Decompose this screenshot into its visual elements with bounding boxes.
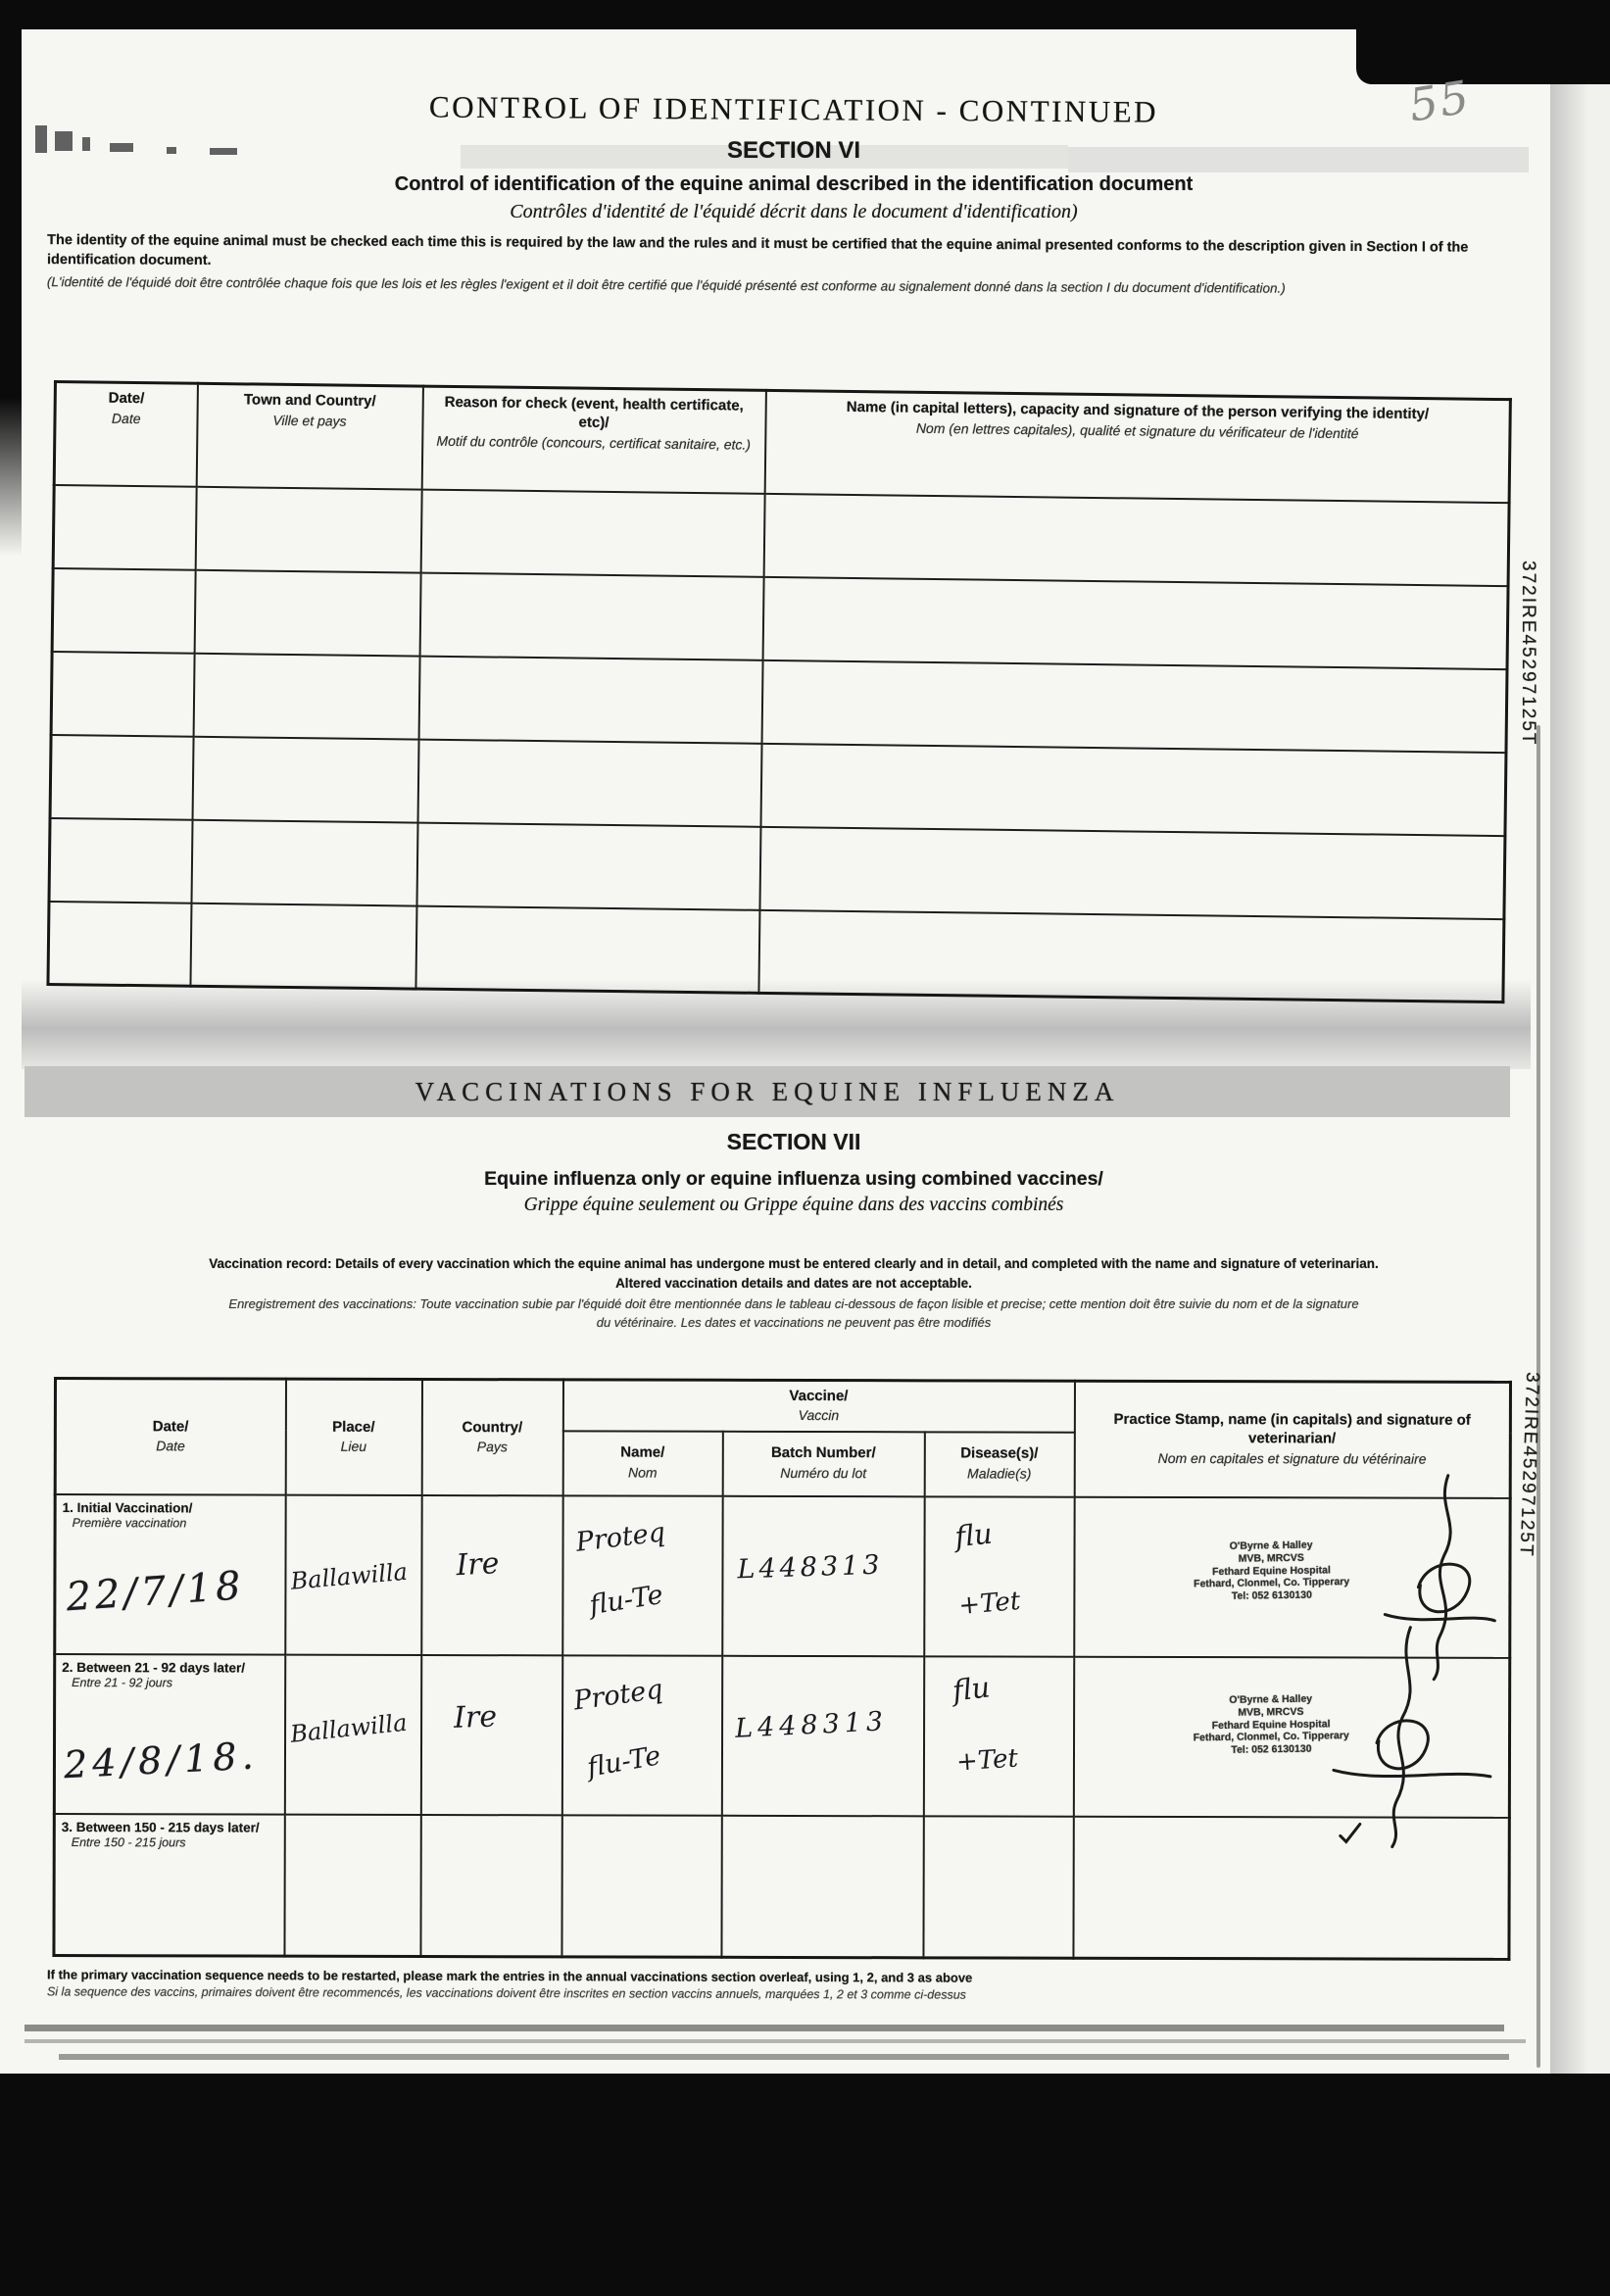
row3-label-cell: 3. Between 150 - 215 days later/ Entre 1… [54, 1814, 284, 1957]
vaccination-row-1: 1. Initial Vaccination/ Première vaccina… [55, 1494, 1510, 1658]
vaccination-header-row-1: Date/ Date Place/ Lieu Country/ Pays Vac… [55, 1379, 1510, 1434]
note-fr-line2: du vétérinaire. Les dates et vaccination… [39, 1313, 1548, 1333]
scan-bottom-black-band [0, 2074, 1610, 2296]
row1-vaccine-name-cell: Proteq flu-Te [562, 1495, 722, 1655]
identification-table-header-row: Date/ Date Town and Country/ Ville et pa… [54, 382, 1510, 503]
scan-noise-mark [82, 137, 90, 151]
col-header-town-country: Town and Country/ Ville et pays [196, 383, 422, 489]
row2-stamp-cell: O'Byrne & Halley MVB, MRCVS Fethard Equi… [1073, 1656, 1509, 1817]
vaccination-table: Date/ Date Place/ Lieu Country/ Pays Vac… [52, 1377, 1509, 1961]
scan-streak [59, 2054, 1509, 2060]
empty-cell [50, 734, 193, 819]
footnote-en: If the primary vaccination sequence need… [47, 1967, 1517, 1986]
col-header-verifier-name: Name (in capital letters), capacity and … [764, 390, 1510, 502]
section-vi-label: SECTION VI [167, 137, 1421, 165]
empty-check-row [48, 901, 1504, 1001]
empty-cell [418, 656, 762, 743]
row2-vaccine-name-cell: Proteq flu-Te [561, 1655, 721, 1815]
row3-place-cell [284, 1814, 420, 1956]
vaccination-record-note: Vaccination record: Details of every vac… [39, 1254, 1548, 1333]
empty-cell [48, 901, 191, 986]
handwritten-disease-1b: +Tet [957, 1588, 1021, 1618]
col-header-batch-number: Batch Number/ Numéro du lot [722, 1431, 924, 1496]
handwritten-vaccine-2a: Proteq [571, 1676, 663, 1714]
col-header-date: Date/ Date [54, 382, 197, 487]
scan-streak [24, 2025, 1504, 2031]
restart-sequence-footnote: If the primary vaccination sequence need… [47, 1967, 1517, 2003]
empty-cell [419, 572, 763, 659]
handwritten-batch-1: L448313 [737, 1551, 884, 1583]
note-en-line2: Altered vaccination details and dates ar… [39, 1274, 1548, 1294]
row1-batch-cell: L448313 [722, 1495, 924, 1656]
section-vi-heading-en: Control of identification of the equine … [98, 173, 1489, 196]
empty-cell [193, 653, 419, 739]
empty-cell [192, 736, 418, 822]
empty-cell [195, 486, 421, 572]
row1-country-cell: Ire [421, 1494, 562, 1654]
scan-noise-mark [110, 143, 133, 152]
row2-place-cell: Ballawilla [284, 1654, 420, 1814]
signature-tail-mark [1337, 1822, 1362, 1845]
identification-checks-table: Date/ Date Town and Country/ Ville et pa… [46, 380, 1508, 1003]
handwritten-date-1: 22/7/18 [65, 1566, 245, 1617]
section-vi-heading-fr: Contrôles d'identité de l'équidé décrit … [98, 201, 1489, 223]
passport-code-vertical-upper: 372IRE45297125T [1517, 561, 1538, 796]
empty-cell [762, 576, 1508, 668]
empty-cell [52, 568, 195, 654]
empty-cell [53, 485, 196, 570]
empty-cell [763, 493, 1509, 585]
footnote-fr: Si la sequence des vaccins, primaires do… [47, 1984, 1517, 2003]
col-header-reason: Reason for check (event, health certific… [421, 386, 765, 493]
handwritten-place-1: Ballawilla [289, 1559, 408, 1592]
note-fr-line1: Enregistrement des vaccinations: Toute v… [39, 1295, 1548, 1314]
empty-cell [190, 903, 416, 989]
row2-disease-cell: flu +Tet [923, 1656, 1073, 1816]
empty-cell [760, 743, 1506, 835]
handwritten-disease-1a: flu [953, 1519, 994, 1551]
col-header-date: Date/ Date [55, 1379, 285, 1495]
empty-cell [759, 826, 1505, 918]
scan-noise-mark [55, 131, 73, 151]
row1-label-and-date-cell: 1. Initial Vaccination/ Première vaccina… [55, 1494, 285, 1655]
handwritten-batch-2: L448313 [734, 1708, 888, 1742]
section-vi-intro-en: The identity of the equine animal must b… [47, 231, 1517, 277]
scan-left-black-strip [0, 27, 22, 557]
empty-cell [194, 569, 420, 656]
scan-noise-mark [35, 125, 47, 153]
vaccination-row-2: 2. Between 21 - 92 days later/ Entre 21 … [54, 1654, 1509, 1818]
scan-top-right-black-corner [1356, 0, 1610, 84]
row2-batch-cell: L448313 [721, 1655, 923, 1816]
row1-disease-cell: flu +Tet [924, 1496, 1074, 1656]
handwritten-country-2: Ire [453, 1702, 497, 1733]
page-curl-gutter [1550, 84, 1610, 2076]
row1-place-cell: Ballawilla [285, 1494, 421, 1654]
row2-country-cell: Ire [420, 1654, 561, 1814]
empty-cell [51, 651, 194, 736]
handwritten-country-1: Ire [455, 1549, 499, 1581]
row3-stamp-cell [1073, 1816, 1509, 1959]
page-title: CONTROL OF IDENTIFICATION - CONTINUED [167, 88, 1421, 132]
col-header-diseases: Disease(s)/ Maladie(s) [924, 1432, 1074, 1496]
row3-vaccine-name-cell [561, 1815, 721, 1957]
note-en-line1: Vaccination record: Details of every vac… [39, 1254, 1548, 1274]
row2-label-and-date-cell: 2. Between 21 - 92 days later/ Entre 21 … [54, 1654, 284, 1815]
empty-cell [416, 822, 760, 909]
handwritten-vaccine-1a: Proteq [574, 1519, 666, 1556]
empty-cell [761, 659, 1507, 752]
handwritten-vaccine-1b: flu-Te [587, 1581, 664, 1618]
col-header-place: Place/ Lieu [285, 1379, 421, 1494]
col-header-country: Country/ Pays [421, 1379, 562, 1494]
vaccinations-banner-text: VACCINATIONS FOR EQUINE INFLUENZA [415, 1077, 1120, 1107]
scan-streak [24, 2039, 1526, 2043]
col-header-vaccine-name: Name/ Nom [562, 1431, 722, 1495]
section-vi-intro-fr: (L'identité de l'équidé doit être contrô… [47, 273, 1517, 299]
row3-batch-cell [721, 1815, 923, 1958]
handwritten-place-2: Ballawilla [289, 1710, 408, 1745]
empty-cell [191, 819, 417, 905]
empty-cell [758, 909, 1504, 1001]
scanned-passport-page: 55 372IRE45297125T 372IRE45297125T CONTR… [0, 0, 1610, 2296]
handwritten-vaccine-2b: flu-Te [585, 1742, 662, 1782]
empty-cell [49, 817, 192, 903]
vaccinations-banner: VACCINATIONS FOR EQUINE INFLUENZA [24, 1066, 1510, 1117]
handwritten-disease-2a: flu [951, 1673, 991, 1705]
handwritten-date-2: 24/8/18. [63, 1736, 259, 1783]
section-vii-heading-fr: Grippe équine seulement ou Grippe équine… [98, 1195, 1489, 1216]
empty-cell [417, 739, 761, 826]
row3-country-cell [420, 1814, 561, 1956]
empty-cell [420, 489, 764, 576]
col-header-vaccine-group: Vaccine/ Vaccin [562, 1380, 1074, 1432]
vaccination-row-3: 3. Between 150 - 215 days later/ Entre 1… [54, 1814, 1509, 1960]
section-vi-intro: The identity of the equine animal must b… [47, 231, 1517, 299]
section-vii-label: SECTION VII [167, 1129, 1421, 1155]
section-vii-heading-en: Equine influenza only or equine influenz… [98, 1168, 1489, 1191]
row3-disease-cell [923, 1816, 1073, 1958]
empty-cell [415, 905, 759, 993]
handwritten-disease-2b: +Tet [955, 1745, 1019, 1775]
practice-stamp-1: O'Byrne & Halley MVB, MRCVS Fethard Equi… [1144, 1538, 1399, 1604]
